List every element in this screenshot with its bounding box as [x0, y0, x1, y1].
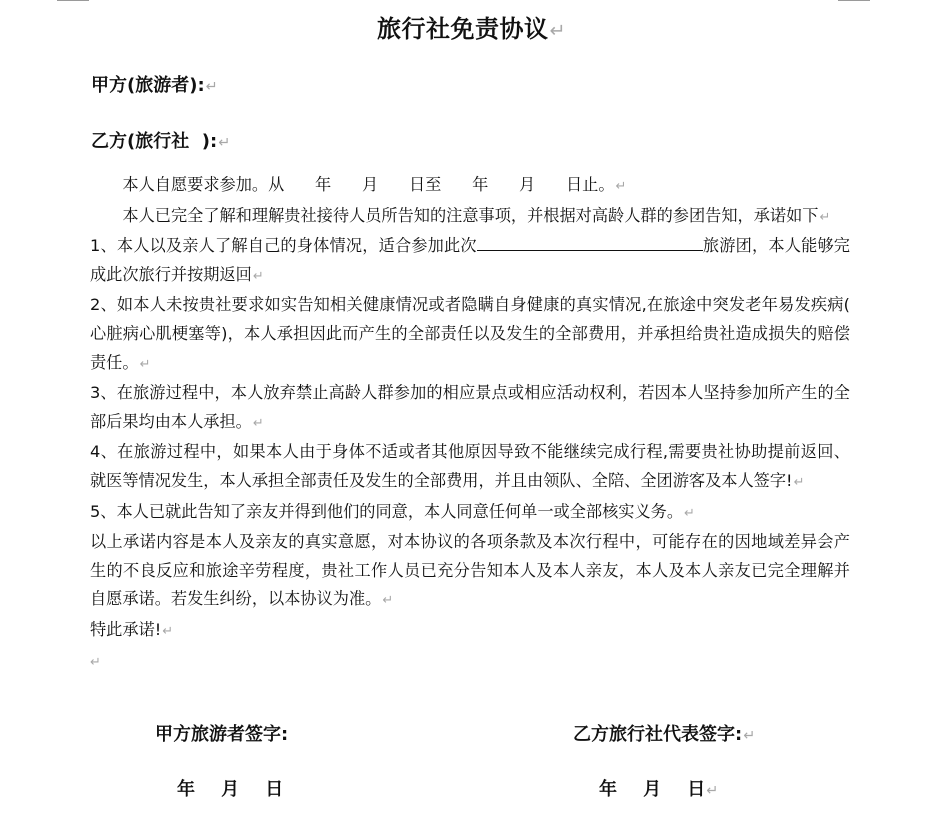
- paragraph-mark-icon: ↵: [794, 475, 805, 490]
- page-corner-mark-right: [838, 0, 870, 1]
- paragraph-mark-icon: ↵: [706, 783, 718, 799]
- clause-4: 4、在旅游过程中，如果本人由于身体不适或者其他原因导致不能继续完成行程,需要贵社…: [90, 438, 850, 497]
- party-a-label: 甲方(旅游者):: [91, 75, 205, 96]
- clause-5-text: 5、本人已就此告知了亲友并得到他们的同意，本人同意任何单一或全部核实义务。: [90, 502, 683, 521]
- paragraph-mark-icon: ↵: [218, 135, 230, 151]
- clause-3: 3、在旅游过程中，本人放弃禁止高龄人群参加的相应景点或相应活动权利，若因本人坚持…: [90, 379, 850, 438]
- party-a-signature-label: 甲方旅游者签字:: [155, 722, 288, 748]
- paragraph-mark-icon: ↵: [743, 728, 755, 744]
- document-title: 旅行社免责协议↵: [0, 12, 943, 48]
- paragraph-mark-icon: ↵: [206, 79, 218, 95]
- closing-paragraph: 特此承诺!↵: [90, 616, 850, 647]
- party-a-line: 甲方(旅游者):↵: [91, 73, 218, 100]
- clause-1: 1、本人以及亲人了解自己的身体情况，适合参加此次旅游团，本人能够完成此次旅行并按…: [90, 232, 850, 291]
- intro-month-2: 月: [519, 175, 535, 194]
- paragraph-mark-icon: ↵: [253, 269, 264, 284]
- paragraph-mark-icon: ↵: [162, 624, 173, 639]
- empty-paragraph: ↵: [90, 647, 850, 678]
- party-a-month: 月: [221, 777, 239, 803]
- intro-paragraph: 本人自愿要求参加。从年月日至年月日止。↵: [90, 171, 850, 202]
- party-b-signature-date: 年月日↵: [599, 777, 718, 804]
- party-b-day: 日: [687, 777, 705, 803]
- paragraph-mark-icon: ↵: [253, 416, 264, 431]
- party-a-signature-date: 年月日: [177, 777, 283, 803]
- clause-4-text: 4、在旅游过程中，如果本人由于身体不适或者其他原因导致不能继续完成行程,需要贵社…: [90, 442, 850, 490]
- title-text: 旅行社免责协议: [377, 15, 549, 43]
- intro-year-2: 年: [472, 175, 488, 194]
- intro-year-1: 年: [315, 175, 331, 194]
- clause-3-text: 3、在旅游过程中，本人放弃禁止高龄人群参加的相应景点或相应活动权利，若因本人坚持…: [90, 383, 850, 431]
- party-b-label: 乙方(旅行社 ):: [91, 131, 217, 152]
- party-b-signature-label: 乙方旅行社代表签字:↵: [573, 722, 755, 749]
- paragraph-mark-icon: ↵: [819, 210, 830, 225]
- party-b-signature-text: 乙方旅行社代表签字:: [573, 724, 742, 745]
- tour-name-blank-field[interactable]: [477, 233, 703, 251]
- paragraph-mark-icon: ↵: [684, 506, 695, 521]
- summary-text: 以上承诺内容是本人及亲友的真实意愿，对本协议的各项条款及本次行程中，可能存在的因…: [90, 532, 850, 608]
- party-b-line: 乙方(旅行社 ):↵: [91, 129, 230, 156]
- party-a-day: 日: [265, 777, 283, 803]
- page-corner-mark-left: [57, 0, 89, 1]
- agreement-body: 本人自愿要求参加。从年月日至年月日止。↵ 本人已完全了解和理解贵社接待人员所告知…: [90, 171, 850, 677]
- paragraph-mark-icon: ↵: [549, 19, 566, 42]
- party-a-year: 年: [177, 777, 195, 803]
- preface-paragraph: 本人已完全了解和理解贵社接待人员所告知的注意事项，并根据对高龄人群的参团告知，承…: [90, 202, 850, 233]
- party-b-year: 年: [599, 777, 617, 803]
- clause-2: 2、如本人未按贵社要求如实告知相关健康情况或者隐瞒自身健康的真实情况,在旅途中突…: [90, 291, 850, 379]
- party-b-month: 月: [643, 777, 661, 803]
- clause-2-text: 2、如本人未按贵社要求如实告知相关健康情况或者隐瞒自身健康的真实情况,在旅途中突…: [90, 295, 850, 371]
- summary-paragraph: 以上承诺内容是本人及亲友的真实意愿，对本协议的各项条款及本次行程中，可能存在的因…: [90, 528, 850, 616]
- intro-month-1: 月: [362, 175, 378, 194]
- intro-day-2: 日止。: [566, 175, 615, 194]
- paragraph-mark-icon: ↵: [616, 179, 627, 194]
- paragraph-mark-icon: ↵: [140, 357, 151, 372]
- clause-1-text: 1、本人以及亲人了解自己的身体情况，适合参加此次: [90, 236, 477, 255]
- preface-text: 本人已完全了解和理解贵社接待人员所告知的注意事项，并根据对高龄人群的参团告知，承…: [122, 206, 818, 225]
- clause-5: 5、本人已就此告知了亲友并得到他们的同意，本人同意任何单一或全部核实义务。↵: [90, 498, 850, 529]
- closing-text: 特此承诺!: [90, 620, 161, 639]
- intro-text: 本人自愿要求参加。从: [122, 175, 284, 194]
- paragraph-mark-icon: ↵: [382, 593, 393, 608]
- party-a-signature-text: 甲方旅游者签字:: [155, 724, 288, 745]
- paragraph-mark-icon: ↵: [90, 655, 101, 670]
- intro-day-1: 日至: [409, 175, 441, 194]
